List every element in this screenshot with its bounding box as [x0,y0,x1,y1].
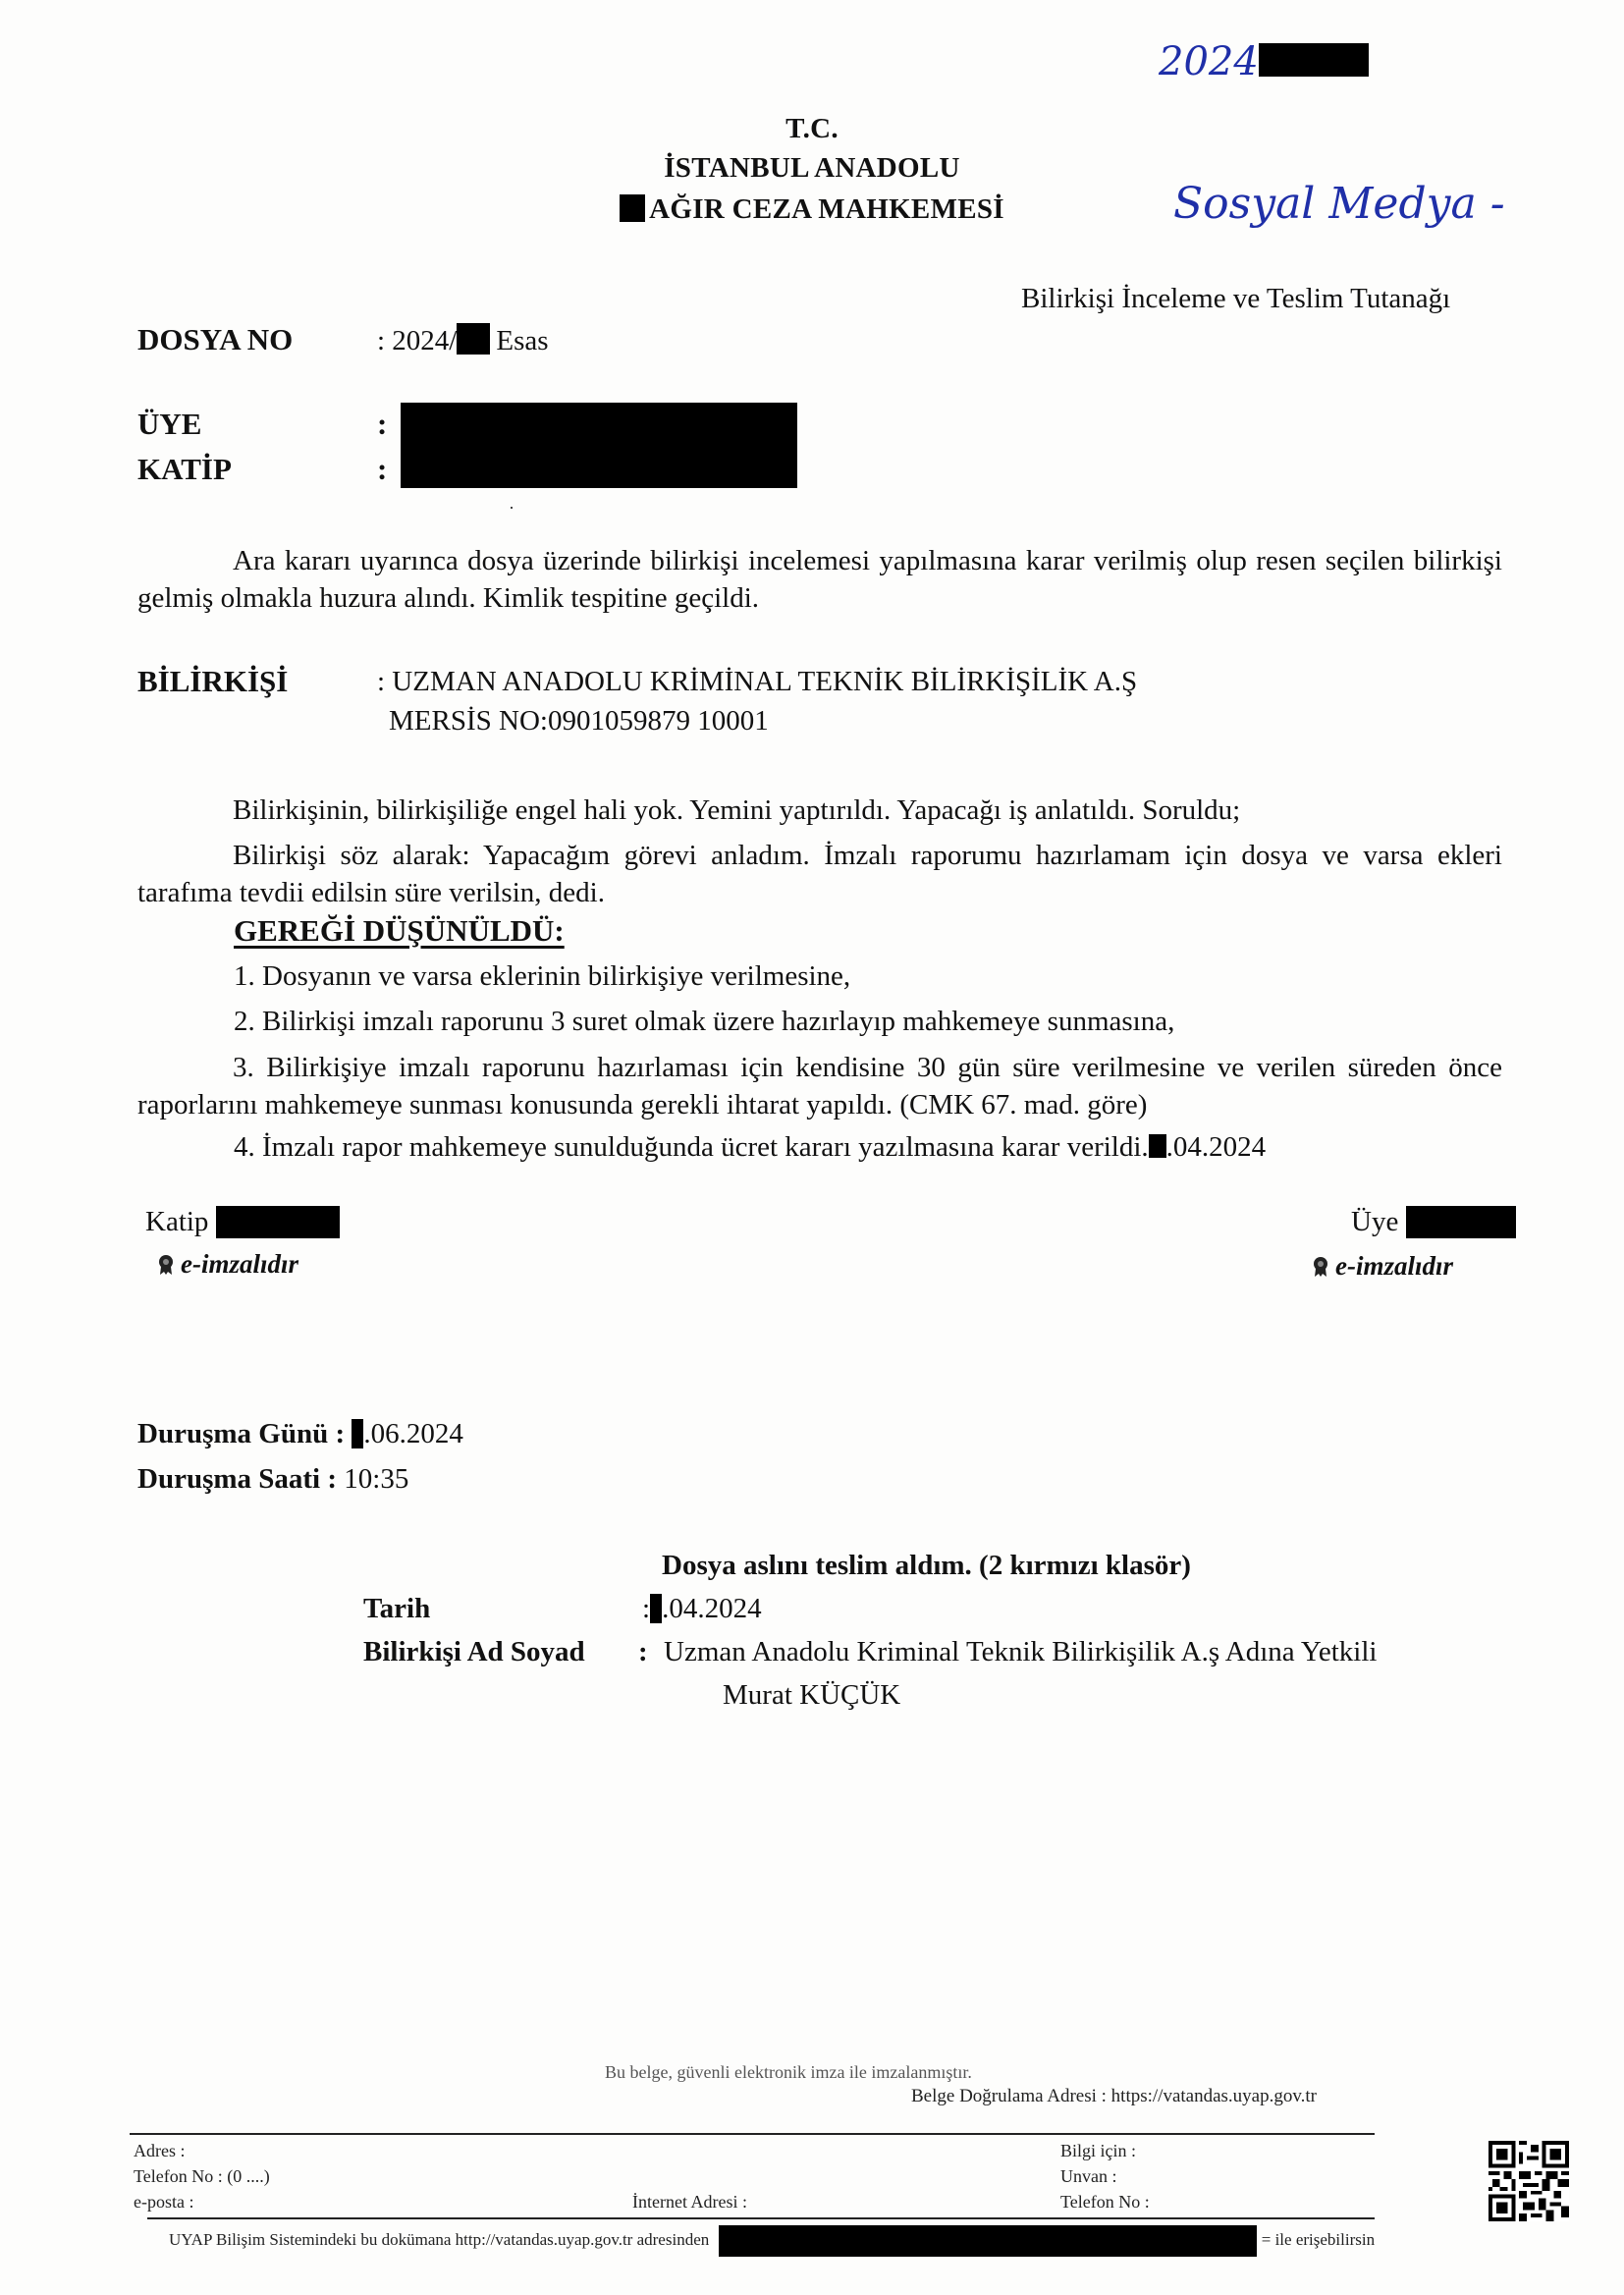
court-name: AĞIR CEZA MAHKEMESİ [649,193,1004,225]
esign-text: e-imzalıdır [1335,1251,1453,1281]
footer-rule-bottom [147,2217,1375,2219]
decision-item-3: 3. Bilirkişiye imzalı raporunu hazırlama… [137,1049,1502,1123]
dosya-no-label: DOSYA NO [137,322,293,357]
katip-signature-label: Katip [145,1206,208,1237]
hearing-day-label: Duruşma Günü : [137,1418,345,1449]
colon: : [642,1593,650,1624]
dosya-no-value: : 2024/Esas [377,323,549,357]
redaction [352,1419,363,1448]
statement-1: Bilirkişinin, bilirkişiliğe engel hali y… [137,792,1502,829]
bilirkisi-mersis: MERSİS NO:0901059879 10001 [389,705,769,738]
qr-code [1489,2141,1569,2221]
decision-heading: GEREĞİ DÜŞÜNÜLDÜ: [234,913,565,949]
seal-icon [1312,1256,1329,1278]
esign-text: e-imzalıdır [181,1249,298,1279]
header-tc: T.C. [0,113,1624,145]
dot-mark [511,507,513,509]
redaction [1259,43,1369,77]
footer-rule-top [130,2133,1375,2135]
hearing-day: Duruşma Günü : .06.2024 [137,1418,463,1450]
dosya-no-prefix: : 2024/ [377,325,457,356]
hearing-time: Duruşma Saati : 10:35 [137,1463,408,1496]
footer-internet: İnternet Adresi : [632,2192,747,2213]
katip-colon: : [377,452,387,487]
uye-signature: Üye [1351,1206,1516,1238]
statement-2: Bilirkişi söz alarak: Yapacağım görevi a… [137,837,1502,911]
footer-eposta: e-posta : [134,2192,193,2213]
receipt-name-line1: Uzman Anadolu Kriminal Teknik Bilirkişil… [664,1636,1377,1668]
redaction [216,1206,340,1238]
footer-telefon2: Telefon No : [1060,2192,1150,2213]
uye-label: ÜYE [137,407,201,442]
verify-address: Belge Doğrulama Adresi : https://vatanda… [911,2086,1317,2107]
receipt-name-label: Bilirkişi Ad Soyad [363,1636,585,1668]
redaction-names [401,403,797,488]
redaction [650,1594,662,1623]
bilirkisi-name: : UZMAN ANADOLU KRİMİNAL TEKNİK BİLİRKİŞ… [377,666,1137,698]
footer-telefon: Telefon No : (0 ....) [134,2166,270,2187]
receipt-heading: Dosya aslını teslim aldım. (2 kırmızı kl… [662,1550,1191,1582]
uye-signature-label: Üye [1351,1206,1398,1237]
decision-item-4-text: 4. İmzalı rapor mahkemeye sunulduğunda ü… [234,1131,1149,1163]
redaction [719,2225,1257,2257]
dosya-no-suffix: Esas [496,325,548,356]
receipt-tarih-label: Tarih [363,1593,430,1625]
header-city: İSTANBUL ANADOLU [0,152,1624,185]
bilirkisi-label: BİLİRKİŞİ [137,664,288,699]
footer-bilgi: Bilgi için : [1060,2141,1136,2161]
footer-unvan: Unvan : [1060,2166,1117,2187]
katip-signature: Katip [145,1206,340,1238]
handwritten-case-year: 2024 [1159,39,1369,84]
intro-paragraph: Ara kararı uyarınca dosya üzerinde bilir… [137,542,1502,617]
hearing-time-label: Duruşma Saati : [137,1463,337,1495]
uyap-access-suffix: = ile erişebilirsin [1262,2230,1375,2249]
header-court: AĞIR CEZA MAHKEMESİ [0,193,1624,226]
receipt-name-line2: Murat KÜÇÜK [723,1679,900,1712]
redaction [457,323,490,355]
handwritten-year-text: 2024 [1159,39,1259,84]
decision-item-4-date: .04.2024 [1166,1131,1267,1163]
document-title: Bilirkişi İnceleme ve Teslim Tutanağı [1021,283,1450,315]
uye-colon: : [377,407,387,442]
seal-icon [157,1254,175,1276]
decision-item-4: 4. İmzalı rapor mahkemeye sunulduğunda ü… [234,1131,1266,1164]
decision-item-1: 1. Dosyanın ve varsa eklerinin bilirkişi… [234,960,850,993]
katip-label: KATİP [137,452,232,487]
redaction [1149,1134,1166,1158]
uyap-access-prefix: UYAP Bilişim Sistemindeki bu dokümana ht… [169,2230,709,2249]
receipt-tarih-date: .04.2024 [662,1593,762,1624]
redaction [1406,1206,1516,1238]
esign-note: Bu belge, güvenli elektronik imza ile im… [605,2062,972,2083]
footer-adres: Adres : [134,2141,186,2161]
redaction [620,194,645,222]
receipt-tarih-value: :.04.2024 [642,1593,762,1625]
hearing-day-value: .06.2024 [363,1418,463,1449]
uye-esign: e-imzalıdır [1312,1251,1453,1282]
uyap-access-line: UYAP Bilişim Sistemindeki bu dokümana ht… [169,2225,1375,2257]
hearing-time-value: 10:35 [344,1463,408,1495]
katip-esign: e-imzalıdır [157,1249,298,1280]
receipt-name-colon: : [638,1636,648,1668]
decision-item-2: 2. Bilirkişi imzalı raporunu 3 suret olm… [234,1006,1174,1038]
